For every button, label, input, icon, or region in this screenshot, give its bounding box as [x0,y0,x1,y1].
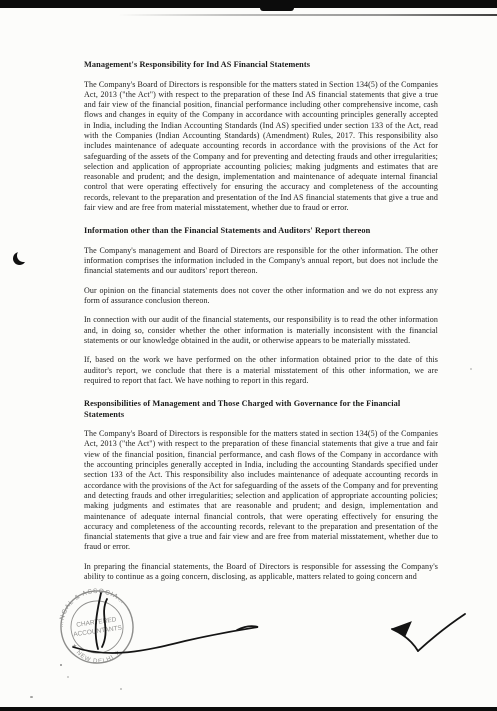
signature-checkmark [375,610,470,665]
scan-edge-bottom [0,707,497,711]
document-body: Management's Responsibility for Ind AS F… [84,60,438,591]
paragraph: The Company's Board of Directors is resp… [84,80,438,214]
heading-responsibilities-governance: Responsibilities of Management and Those… [84,399,438,420]
stamp-svg: …NGAL & ASSOCIA… ★ NEW DELHI ★ CHARTERED… [55,585,265,695]
chartered-accountants-stamp: …NGAL & ASSOCIA… ★ NEW DELHI ★ CHARTERED… [55,585,265,695]
crescent-light [17,251,28,262]
paragraph: In preparing the financial statements, t… [84,562,438,583]
ink-crescent-mark [13,251,28,266]
heading-management-responsibility: Management's Responsibility for Ind AS F… [84,60,438,71]
scan-edge-top-bump [260,6,294,11]
scan-speck [120,688,122,690]
paragraph: The Company's management and Board of Di… [84,246,438,277]
scanned-document-page: Management's Responsibility for Ind AS F… [0,0,497,711]
scan-speck [470,368,472,370]
scan-speck [67,676,69,678]
signature-checkmark-svg [375,610,470,665]
scan-speck [30,696,33,698]
paragraph: If, based on the work we have performed … [84,355,438,386]
scan-edge-top [0,0,497,8]
paragraph: In connection with our audit of the fina… [84,315,438,346]
paragraph: The Company's Board of Directors is resp… [84,429,438,553]
scan-speck [60,664,62,666]
scan-fold-line [118,14,497,16]
paragraph: Our opinion on the financial statements … [84,286,438,307]
heading-other-information: Information other than the Financial Sta… [84,226,438,237]
